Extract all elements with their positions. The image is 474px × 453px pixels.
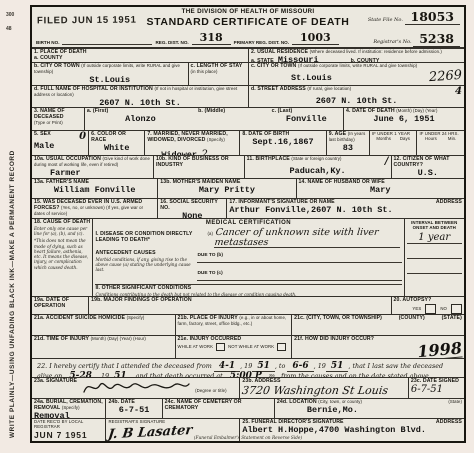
spouse-value: Mary	[299, 186, 462, 195]
field-date-of-death: 4. DATE OF DEATH (Month) (Day) (Year) Ju…	[343, 108, 464, 130]
date-of-death-value: June 6, 1951	[346, 115, 462, 124]
autopsy-yes-label: YES	[412, 307, 421, 312]
state-file-label: State File No.	[368, 17, 403, 23]
side-margin-instruction: WRITE PLAINLY—USING UNFADING BLACK INK—M…	[9, 28, 16, 438]
marital-note: (Specify)	[207, 137, 225, 142]
months-label: Months	[376, 137, 391, 142]
residence-city-note: (If outside corporate limits, write RURA…	[298, 63, 417, 68]
street-label: d. STREET ADDRESS	[251, 86, 306, 92]
field-residence-city: c. CITY OR TOWN (If outside corporate li…	[248, 63, 464, 85]
field-accident-suicide-homicide: 21a. ACCIDENT SUICIDE HOMICIDE (Specify)	[32, 315, 175, 335]
reverse-side-note: (Funeral Embalmer's Statement on Reverse…	[32, 436, 464, 441]
interval-label: INTERVAL BETWEEN ONSET AND DEATH	[407, 220, 462, 230]
how-injury-handwriting: 1998	[401, 340, 462, 358]
primary-reg-value: 1003	[292, 31, 339, 45]
burial-note: (Specify)	[62, 405, 80, 410]
field-armed-forces: 15. WAS DECEASED EVER IN U.S. ARMED FORC…	[32, 199, 157, 218]
marital-handwritten-mark: 2	[201, 149, 207, 155]
residence-state-label: a. STATE	[251, 59, 274, 62]
certify-text-8: m., from the causes and on the date stat…	[269, 372, 431, 377]
dob-value: Sept.16,1867	[242, 138, 323, 147]
date-of-death-columns: (Month) (Day) (Year)	[396, 108, 437, 113]
citizen-value: U.S.	[394, 169, 462, 178]
due-to-b-label: DUE TO (b)	[197, 253, 223, 258]
cause-note-2: *This does not mean the mode of dying, s…	[34, 238, 90, 270]
field-last-name: c. (Last) Fonville	[270, 108, 343, 130]
field-autopsy: 20. AUTOPSY? YES NO ✓	[391, 297, 464, 314]
field-time-of-injury: 21d. TIME OF INJURY (Month) (Day) (Year)…	[32, 336, 175, 358]
row-burial: 24a. BURIAL, CREMATION, REMOVAL (Specify…	[32, 398, 464, 418]
autopsy-no-label: NO	[440, 307, 447, 312]
sex-handwritten-mark: 0	[79, 132, 86, 142]
field-burial-date: 24b. DATE 6-7-51	[105, 399, 161, 418]
row-accident-injury-place: 21a. ACCIDENT SUICIDE HOMICIDE (Specify)…	[32, 314, 464, 335]
physician-signature-scribble	[81, 379, 191, 395]
row-medical-certification: 18. CAUSE OF DEATH Enter only one cause …	[32, 218, 464, 296]
time-of-injury-label: 21d. TIME OF INJURY	[34, 336, 89, 342]
margin-number-top: 300	[6, 12, 14, 18]
row-occupation-birthplace: 10a. USUAL OCCUPATION (Give kind of work…	[32, 155, 464, 178]
reg-dist-value: 318	[192, 31, 231, 45]
burial-value: Removal	[34, 412, 103, 418]
residence-county-label: b. COUNTY	[351, 59, 380, 62]
field-age: 9. AGE (In years last birthday) 83	[326, 131, 369, 155]
field-how-injury-occurred: 21f. HOW DID INJURY OCCUR? 1998	[291, 336, 464, 358]
certify-last-seen-year: 51	[109, 371, 132, 377]
hours-label: Hours	[425, 137, 437, 142]
not-while-at-work-label: NOT WHILE AT WORK	[228, 345, 274, 350]
row-parents-spouse: 13a. FATHER'S NAME William Fonville 13b.…	[32, 178, 464, 198]
autopsy-yes-checkbox	[425, 304, 436, 314]
age-value: 83	[329, 144, 367, 153]
field-first-name: a. (First) Alonzo	[84, 108, 196, 130]
disease-label: I. DISEASE OR CONDITION DIRECTLY LEADING…	[95, 232, 205, 244]
field-physician-address: 23b. ADDRESS 3720 Washington St Louis	[239, 378, 407, 398]
street-handwriting: 4	[455, 87, 462, 97]
certificate-header: FILED JUN 15 1951 THE DIVISION OF HEALTH…	[32, 7, 464, 48]
place-county-label: a. COUNTY	[34, 56, 246, 62]
time-of-injury-columns: (Month) (Day) (Year) (Hour)	[91, 336, 146, 341]
row-name-deceased: 3. NAME OF DECEASED (Type or Print) a. (…	[32, 107, 464, 130]
degree-label: (Degree or title)	[195, 388, 227, 393]
state-file-value: 18053	[405, 9, 461, 25]
injury-city-label: 21c. (CITY, TOWN, OR TOWNSHIP)	[294, 316, 382, 322]
father-value: William Fonville	[34, 186, 155, 195]
field-cemetery-name: 24c. NAME OF CEMETERY OR CREMATORY	[162, 399, 274, 418]
row-hospital-street: d. FULL NAME OF HOSPITAL OR INSTITUTION …	[32, 85, 464, 107]
field-city-of-death: b. CITY OR TOWN (If outside corporate li…	[32, 63, 188, 85]
certify-text-2: , 19	[240, 362, 252, 370]
disease-line-a: (a)	[207, 232, 213, 237]
row-city-stay: b. CITY OR TOWN (If outside corporate li…	[32, 62, 464, 85]
certify-text-1: 22. I hereby certify that I attended the…	[37, 362, 212, 370]
field-major-findings: 19b. MAJOR FINDINGS OF OPERATION	[88, 297, 390, 314]
field-hospital-name: d. FULL NAME OF HOSPITAL OR INSTITUTION …	[32, 86, 248, 107]
field-cause-of-death-notes: 18. CAUSE OF DEATH Enter only one cause …	[32, 219, 92, 296]
last-name-value: Fonville	[272, 115, 341, 124]
medical-certification-center: MEDICAL CERTIFICATION I. DISEASE OR COND…	[92, 219, 403, 296]
not-while-at-work-checkbox	[277, 343, 286, 351]
field-if-under-24-hrs: IF UNDER 24 HRS. Hours Min.	[416, 131, 464, 155]
field-marital-status: 7. MARRIED, NEVER MARRIED, WIDOWED, DIVO…	[144, 131, 239, 155]
field-usual-occupation: 10a. USUAL OCCUPATION (Give kind of work…	[32, 156, 153, 178]
usual-residence-note: (Where deceased lived. If institution: r…	[310, 49, 442, 54]
antecedent-causes-note: Morbid conditions, if any, giving rise t…	[95, 257, 191, 273]
certify-text-4: , 19	[314, 362, 326, 370]
certify-text-6: , 19	[97, 372, 109, 377]
occupation-value: Farmer	[50, 169, 151, 178]
major-findings-label: 19b. MAJOR FINDINGS OF OPERATION	[91, 298, 388, 304]
birth-no-label: BIRTH NO.	[36, 40, 59, 45]
autopsy-no-checkbox: ✓	[451, 304, 462, 314]
certify-death-time: 5:00 P	[225, 371, 267, 377]
field-informant: 17. INFORMANT'S SIGNATURE OR NAME ADDRES…	[226, 199, 464, 218]
field-spouse-name: 14. NAME OF HUSBAND OR WIFE Mary	[296, 179, 464, 198]
length-of-stay-note: (in this place)	[191, 70, 246, 75]
accident-label: 21a. ACCIDENT SUICIDE HOMICIDE	[34, 315, 125, 321]
field-place-of-death: 1. PLACE OF DEATH a. COUNTY	[32, 49, 248, 62]
field-street-address: d. STREET ADDRESS (If rural, give locati…	[248, 86, 464, 107]
field-mother-name: 13b. MOTHER'S MAIDEN NAME Mary Pritty	[157, 179, 295, 198]
location-state-label: (State)	[448, 400, 462, 406]
field-injury-occurred: 21e. INJURY OCCURRED WHILE AT WORK NOT W…	[175, 336, 292, 358]
autopsy-no-check-mark: ✓	[454, 312, 460, 314]
signature-label: 23a. SIGNATURE	[34, 379, 77, 385]
residence-city-handwriting: 2269	[428, 69, 462, 84]
industry-label: 10b. KIND OF BUSINESS OR INDUSTRY	[156, 157, 242, 169]
location-value: Bernie,Mo.	[307, 406, 462, 415]
field-certification-statement: 22. I hereby certify that I attended the…	[32, 359, 464, 377]
field-name-of-deceased: 3. NAME OF DECEASED (Type or Print)	[32, 108, 84, 130]
field-burial-type: 24a. BURIAL, CREMATION, REMOVAL (Specify…	[32, 399, 105, 418]
field-sex: 5. SEX 0 Male	[32, 131, 88, 155]
field-place-of-injury: 21b. PLACE OF INJURY (e.g., in or about …	[175, 315, 292, 335]
certify-text-3: , to	[275, 362, 285, 370]
middle-name-label: b. (Middle)	[198, 109, 267, 115]
mother-value: Mary Pritty	[160, 186, 293, 195]
marital-value: Widower	[161, 150, 197, 155]
field-date-of-operation: 19a. DATE OF OPERATION	[32, 297, 88, 314]
street-note: (If rural, give location)	[307, 86, 351, 91]
field-color-race: 6. COLOR OR RACE White	[88, 131, 144, 155]
field-birthplace: 11. BIRTHPLACE (State or foreign country…	[244, 156, 391, 178]
birthplace-value: Paducah,Ky.	[247, 167, 389, 176]
other-significant-conditions-note: Conditions contributing to the death but…	[95, 292, 401, 296]
funeral-director-value: Albert H.Hoppe,4700 Washington Blvd.	[242, 426, 462, 435]
while-at-work-checkbox	[216, 343, 225, 351]
certify-to-year: 51	[326, 361, 349, 372]
registrar-number-label: Registrar's No.	[373, 39, 411, 45]
informant-address-label: ADDRESS	[436, 200, 462, 206]
primary-reg-label: PRIMARY REG. DIST. NO.	[234, 40, 289, 45]
registration-numbers-row: BIRTH NO. REG. DIST. NO. 318 PRIMARY REG…	[36, 31, 339, 45]
row-place-residence: 1. PLACE OF DEATH a. COUNTY 2. USUAL RES…	[32, 48, 464, 62]
row-physician-signature: 23a. SIGNATURE (Degree or title) M.D. 23…	[32, 377, 464, 398]
accident-note: (Specify)	[127, 315, 145, 320]
field-burial-location: 24d. LOCATION (City, town, or county) (S…	[274, 399, 464, 418]
certify-to-date: 6-6	[287, 361, 313, 372]
residence-state-value: Missouri	[278, 56, 319, 62]
field-industry: 10b. KIND OF BUSINESS OR INDUSTRY	[153, 156, 244, 178]
informant-value: Arthur Fonville,2607 N. 10th St.	[229, 206, 462, 215]
street-value: 2607 N. 10th St.	[251, 97, 462, 106]
certificate-body: FILED JUN 15 1951 THE DIVISION OF HEALTH…	[30, 5, 466, 443]
residence-state-county: a. STATE Missouri b. COUNTY	[251, 56, 462, 62]
date-signed-handwriting: 6-7-51	[411, 385, 462, 395]
field-interval-onset-death: INTERVAL BETWEEN ONSET AND DEATH 1 year	[404, 219, 464, 296]
field-citizenship: 12. CITIZEN OF WHAT COUNTRY? U.S.	[391, 156, 464, 178]
race-value: White	[91, 144, 142, 153]
city-value: St.Louis	[34, 76, 186, 85]
cause-of-death-handwriting: Cancer of unknown site with liver metast…	[214, 228, 403, 248]
row-armed-ssn-informant: 15. WAS DECEASED EVER IN U.S. ARMED FORC…	[32, 198, 464, 218]
registrar-number-value: 5238	[413, 31, 460, 47]
cause-note-1: Enter only one cause per line for (a), (…	[34, 226, 90, 237]
location-note: (City, town, or county)	[318, 399, 362, 404]
interval-value: 1 year	[407, 233, 462, 244]
burial-date-value: 6-7-51	[108, 406, 159, 415]
hospital-value: 2607 N. 10th St.	[34, 99, 246, 107]
days-label: Days	[400, 137, 410, 142]
birthplace-label: 11. BIRTHPLACE	[247, 156, 290, 162]
certify-last-seen-date: 5-28	[64, 371, 97, 377]
birthplace-handwritten-mark: /	[385, 157, 389, 167]
field-father-name: 13a. FATHER'S NAME William Fonville	[32, 179, 157, 198]
row-physician-certification: 22. I hereby certify that I attended the…	[32, 358, 464, 377]
cemetery-label: 24c. NAME OF CEMETERY OR CREMATORY	[165, 400, 272, 412]
birthplace-note: (State or foreign country)	[291, 156, 341, 161]
date-of-operation-label: 19a. DATE OF OPERATION	[34, 298, 86, 310]
field-physician-signature: 23a. SIGNATURE (Degree or title) M.D.	[32, 378, 239, 398]
row-sex-race-marital: 5. SEX 0 Male 6. COLOR OR RACE White 7. …	[32, 130, 464, 155]
ssn-value: None	[160, 212, 224, 218]
physician-address-handwriting: 3720 Washington St Louis	[242, 385, 407, 396]
field-usual-residence: 2. USUAL RESIDENCE (Where deceased lived…	[248, 49, 464, 62]
injury-county-label: (COUNTY)	[399, 316, 425, 322]
reg-dist-label: REG. DIST. NO.	[155, 40, 188, 45]
residence-city-value: St.Louis	[291, 74, 332, 83]
field-middle-name: b. (Middle)	[196, 108, 269, 130]
residence-city-label: c. CITY OR TOWN	[251, 63, 296, 69]
row-operation-autopsy: 19a. DATE OF OPERATION 19b. MAJOR FINDIN…	[32, 296, 464, 314]
medical-certification-heading: MEDICAL CERTIFICATION	[95, 220, 401, 227]
field-date-signed: 23c. DATE SIGNED 6-7-51	[408, 378, 464, 398]
due-to-c-label: DUE TO (c)	[197, 271, 222, 276]
registrar-number: Registrar's No. 5238	[373, 31, 460, 46]
field-date-of-birth: 8. DATE OF BIRTH Sept.16,1867	[239, 131, 325, 155]
interval-blank-b	[407, 244, 462, 259]
row-injury-time-how: 21d. TIME OF INJURY (Month) (Day) (Year)…	[32, 335, 464, 358]
scanned-death-certificate: 300 48 WRITE PLAINLY—USING UNFADING BLAC…	[0, 0, 474, 453]
interval-blank-c	[407, 259, 462, 274]
field-if-under-1-year: IF UNDER 1 YEAR Months Days	[369, 131, 417, 155]
while-at-work-label: WHILE AT WORK	[178, 345, 214, 350]
date-received-label: DATE REC'D BY LOCAL REGISTRAR	[34, 420, 103, 430]
funeral-director-address-label: ADDRESS	[436, 420, 462, 426]
field-length-of-stay: c. LENGTH OF STAY (in this place)	[188, 63, 248, 85]
field-injury-city-county-state: 21c. (CITY, TOWN, OR TOWNSHIP) (COUNTY) …	[291, 315, 464, 335]
sex-value: Male	[34, 142, 86, 151]
name-note: (Type or Print)	[34, 121, 82, 126]
min-label: Min.	[448, 137, 457, 142]
certify-text-7: , and that death occurred at	[132, 372, 223, 377]
first-name-value: Alonzo	[87, 115, 194, 124]
field-social-security: 16. SOCIAL SECURITY NO. None	[157, 199, 226, 218]
birth-no-blank	[62, 44, 152, 45]
injury-state-label: (STATE)	[442, 316, 462, 322]
state-file-number: State File No. 18053	[368, 9, 460, 24]
